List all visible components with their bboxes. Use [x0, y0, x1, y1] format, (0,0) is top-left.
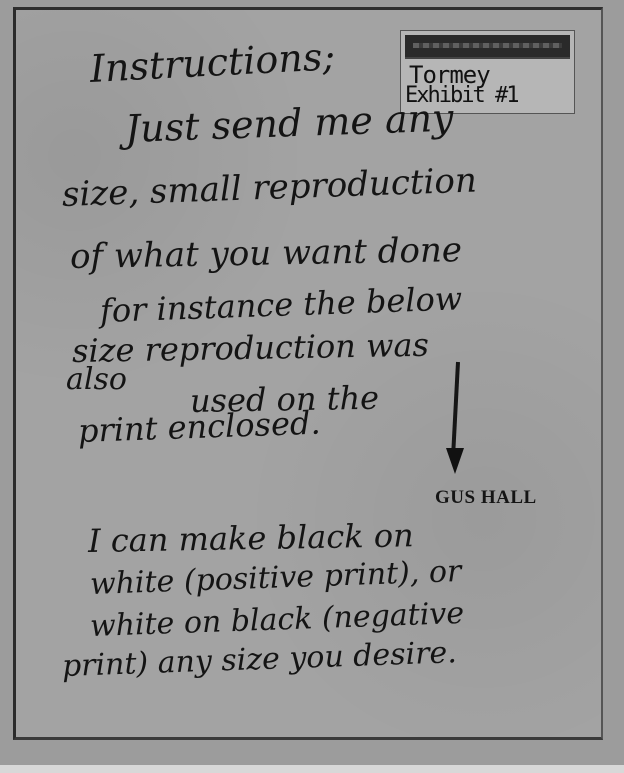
arrow-down-icon	[446, 448, 464, 474]
pasted-caption: GUS HALL	[435, 487, 537, 509]
handwritten-line: Just send me any	[124, 99, 454, 148]
handwritten-line: also	[66, 365, 127, 395]
scan-edge	[0, 765, 624, 773]
exhibit-label-redacted-bar	[405, 35, 570, 59]
handwritten-line: of what you want done	[70, 233, 463, 274]
handwritten-line: I can make black on	[88, 519, 414, 557]
handwritten-line: print enclosed.	[77, 407, 321, 447]
